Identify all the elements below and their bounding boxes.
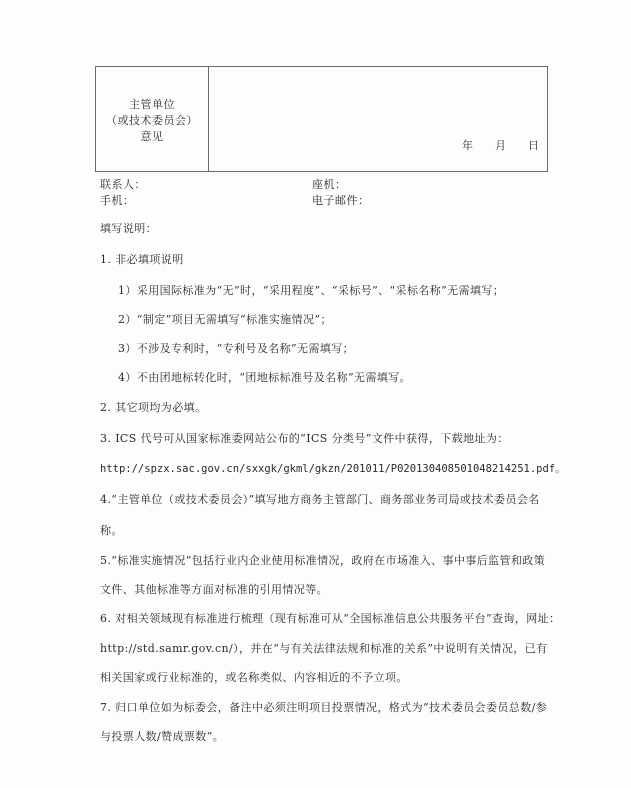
date-row: 年 月 日	[462, 137, 539, 153]
item-4-line-1: 4.“主管单位（或技术委员会）”填写地方商务主管部门、商务部业务司局或技术委员会…	[100, 491, 540, 507]
mobile-label: 手机：	[100, 192, 135, 208]
item-3-url[interactable]: http://spzx.sac.gov.cn/sxxgk/gkml/gkzn/2…	[100, 461, 566, 476]
item-2: 2. 其它项均为必填。	[100, 399, 206, 415]
instructions-heading: 填写说明：	[100, 220, 157, 236]
document-page: 主管单位 （或技术委员会） 意见 年 月 日 联系人： 座机： 手机： 电子邮件…	[0, 0, 631, 788]
section1-item-1: 1）采用国际标准为“无”时，“采用程度”、“采标号”、“采标名称”无需填写；	[118, 282, 504, 298]
section1-item-3: 3）不涉及专利时，“专利号及名称”无需填写；	[118, 340, 354, 356]
item-6-line-1: 6. 对相关领域现有标准进行梳理（现有标准可从“全国标准信息公共服务平台”查询，…	[100, 610, 560, 626]
table-label-cell: 主管单位 （或技术委员会） 意见	[96, 67, 209, 171]
date-day-label: 日	[528, 137, 539, 153]
authority-opinion-table: 主管单位 （或技术委员会） 意见 年 月 日	[95, 66, 548, 172]
contact-person-label: 联系人：	[100, 176, 146, 192]
section1-item-2: 2）“制定”项目无需填写“标准实施情况”；	[118, 311, 332, 327]
item-6-line-2: http://std.samr.gov.cn/），并在“与有关法律法规和标准的关…	[100, 640, 547, 656]
item-5-line-2: 文件、其他标准等方面对标准的引用情况等。	[100, 581, 328, 597]
section1-item-4: 4）不由团地标转化时，“团地标标准号及名称”无需填写。	[118, 369, 411, 385]
item-5-line-1: 5.“标准实施情况”包括行业内企业使用标准情况，政府在市场准入、事中事后监管和政…	[100, 552, 545, 568]
label-line-opinion: 意见	[141, 129, 164, 145]
item-4-line-2: 称。	[100, 522, 123, 538]
date-year-label: 年	[462, 137, 473, 153]
item-7-line-1: 7. 归口单位如为标委会，备注中必须注明项目投票情况，格式为“技术委员会委员总数…	[100, 699, 547, 715]
item-7-line-2: 与投票人数/赞成票数”。	[100, 728, 224, 744]
landline-label: 座机：	[312, 176, 347, 192]
item-6-line-3: 相关国家或行业标准的，或名称类似、内容相近的不予立项。	[100, 669, 408, 685]
label-line-committee: （或技术委员会）	[106, 113, 198, 129]
section1-title: 1. 非必填项说明	[100, 251, 184, 267]
date-month-label: 月	[495, 137, 506, 153]
item-3-line-1: 3. ICS 代号可从国家标准委网站公布的“ICS 分类号”文件中获得，下载地址…	[100, 430, 509, 446]
label-line-authority: 主管单位	[129, 97, 175, 113]
email-label: 电子邮件：	[312, 192, 370, 208]
